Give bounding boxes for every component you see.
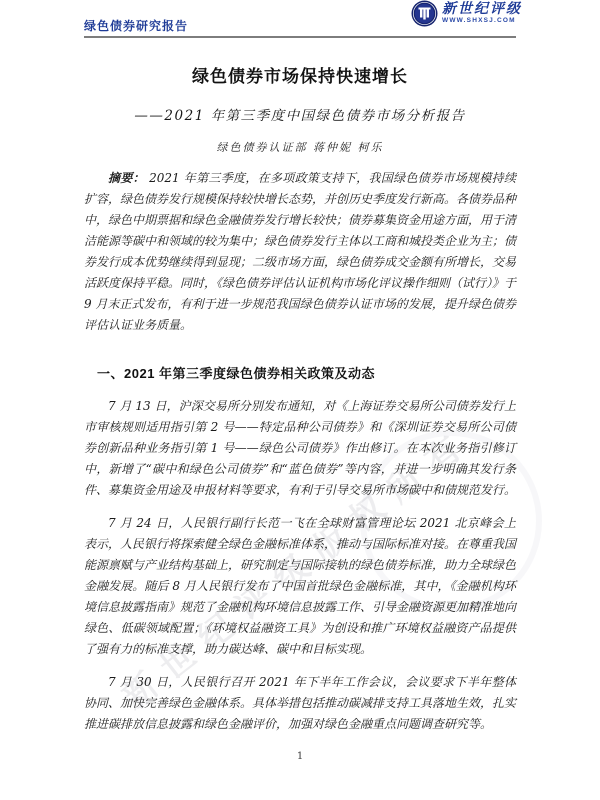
section-1-paragraph-2: 7 月 24 日，人民银行副行长范一飞在全球财富管理论坛 2021 北京峰会上表… [84,513,516,660]
document-subtitle: ——2021 年第三季度中国绿色债券市场分析报告 [84,104,516,124]
abstract-text: 2021 年第三季度，在多项政策支持下，我国绿色债券市场规模持续扩容，绿色债券发… [84,171,516,332]
document-content: 绿色债券市场保持快速增长 ——2021 年第三季度中国绿色债券市场分析报告 绿色… [84,37,516,735]
report-type-label: 绿色债券研究报告 [84,17,188,34]
company-emblem-icon [411,0,438,27]
section-1-paragraph-3: 7 月 30 日，人民银行召开 2021 年下半年工作会议，会议要求下半年整体协… [84,672,516,735]
abstract-label: 摘要： [108,171,145,185]
document-title: 绿色债券市场保持快速增长 [84,62,516,87]
company-logo: 新世纪评级 WWW.SHXSJ.COM [411,0,522,27]
abstract-paragraph: 摘要： 2021 年第三季度，在多项政策支持下，我国绿色债券市场规模持续扩容，绿… [84,168,516,336]
document-byline: 绿色债券认证部 蒋仲妮 柯乐 [84,139,516,155]
page-header: 绿色债券研究报告 新世纪评级 WWW.SHXSJ.COM [84,0,516,38]
logo-text-column: 新世纪评级 WWW.SHXSJ.COM [442,0,522,25]
brand-url: WWW.SHXSJ.COM [442,18,522,25]
report-page: 新世纪评级版权所有 绿色债券研究报告 新世纪评级 WWW.SHXSJ.COM 绿… [0,0,600,800]
brand-name: 新世纪评级 [442,2,522,16]
page-number: 1 [0,751,600,762]
section-1-heading: 一、2021 年第三季度绿色债券相关政策及动态 [84,363,516,382]
section-1-paragraph-1: 7 月 13 日，沪深交易所分别发布通知，对《上海证券交易所公司债券发行上市审核… [84,396,516,501]
